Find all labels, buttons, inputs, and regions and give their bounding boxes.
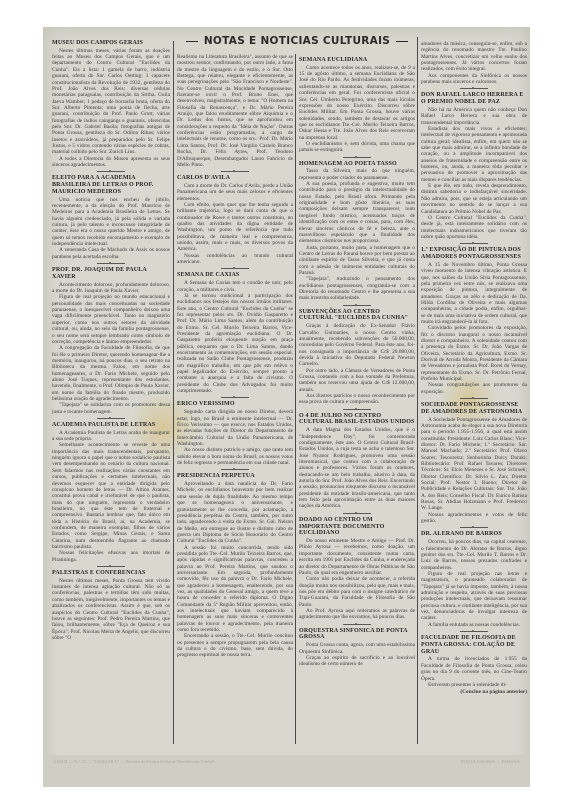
article-separator xyxy=(221,397,249,398)
article-paragraph: Semelhante acontecimento se reveste de u… xyxy=(52,442,170,550)
article-paragraph: Nossas condolências ao mundo cultural am… xyxy=(177,253,293,266)
article-separator xyxy=(343,513,371,514)
article-paragraph: Com efeito, quem quer que lhe tenha segu… xyxy=(177,202,293,253)
article: PALESTRAS E CONFERENCIASNestes últimos m… xyxy=(52,566,170,641)
article-paragraph: Aproveitando a data natalícia do Dr. Far… xyxy=(177,481,293,544)
column-4: amadores da música, conseguiu-se, enfim,… xyxy=(421,41,527,742)
article-headline: 1.ª EXPOSIÇÃO DE PINTURA DOS AMADORES PO… xyxy=(421,247,527,261)
article-separator xyxy=(460,527,488,528)
article: O 4 DE JULHO NO CENTRO CULTURAL BRASIL-E… xyxy=(299,409,415,510)
article-headline: ACADEMIA PAULISTA DE LETRAS xyxy=(52,422,170,429)
article: MUSEU DOS CAMPOS GERAISNestes últimos me… xyxy=(52,40,170,168)
article-paragraph: A veneranda Casa de Machado de Assis os … xyxy=(52,247,170,260)
article-headline: SEMANA EUCLIDIANA xyxy=(299,57,415,64)
article-paragraph: Ao nosso distinto patrício e amigo, que … xyxy=(177,447,293,466)
article-separator xyxy=(460,88,488,89)
article-paragraph: Como acontece todos os anos, realizou-se… xyxy=(299,65,415,141)
article-paragraph: E que êle, em tudo, revela desprendiment… xyxy=(421,183,527,215)
article-paragraph: Uma notícia que nos encheu de júbilo, re… xyxy=(52,197,170,248)
article-paragraph: A 15 de Novembro último, Ponta Grossa vi… xyxy=(421,262,527,325)
article-paragraph: A Sociedade Pontagrossense de Amadores d… xyxy=(421,417,527,512)
article: DR. ALERANO DE BARROSOcorreu, há poucos … xyxy=(421,527,527,628)
article: ERICO VERISSIMOSegundo carta dirigida ao… xyxy=(177,397,293,466)
article-paragraph: Graças à dedicação do Ex-Senador Flávio … xyxy=(299,323,415,367)
footer-right-text: PONTA GROSSA — PARANÁ xyxy=(461,759,520,764)
footer-left-text: ANO II — N.º 12 — "TAPEJARA" — Revista d… xyxy=(53,759,215,764)
article: SOCIEDADE PONTAGROSSENSE DE AMADORES DE … xyxy=(421,398,527,524)
article-separator xyxy=(343,157,371,158)
article-paragraph: Nossas felicitações efusivas aos imortai… xyxy=(52,550,170,563)
article-headline: SOCIEDADE PONTAGROSSENSE DE AMADORES DE … xyxy=(421,402,527,416)
article-headline: CARLOS D'AVILA xyxy=(177,175,293,182)
article-headline: SEMANA DE CAXIAS xyxy=(177,272,293,279)
article-separator xyxy=(343,624,371,625)
continuation-note: (Conclue na página anterior) xyxy=(421,689,527,695)
article-paragraph: Não há na América quem não conheça Don R… xyxy=(421,107,527,126)
article-paragraph: Realismo na Literatura Brasileira", assu… xyxy=(177,54,293,168)
article-paragraph: amadores da música, conseguiu-se, enfim,… xyxy=(421,41,527,73)
article: SUBVENÇÕES AO CENTRO CULTURAL "EUCLIDES … xyxy=(299,305,415,406)
article-paragraph: Nossos agradecimentos e votos de feliz g… xyxy=(421,512,527,525)
column-rule xyxy=(417,37,418,744)
article: amadores da música, conseguiu-se, enfim,… xyxy=(421,41,527,85)
article-paragraph: Aos ilustres patrícios o nosso reconheci… xyxy=(299,393,415,406)
article-paragraph: "Tapejara" se solidariza com os promotor… xyxy=(52,402,170,415)
article-headline: PROF. DR. JOAQUIM DE PAULA XAVIER xyxy=(52,267,170,281)
article-paragraph: Ao Prof. Ayrosa aqui reiteramos as palav… xyxy=(299,608,415,621)
article: CARLOS D'AVILACom a morte do Dr. Carlos … xyxy=(177,171,293,265)
article-paragraph: Acontecimento doloroso, profundamente do… xyxy=(52,282,170,295)
article-separator xyxy=(343,409,371,410)
article: DOADO AO CENTRO UM IMPORTANTE DOCUMENTO … xyxy=(299,513,415,621)
article-separator xyxy=(97,171,125,172)
article-headline: O 4 DE JULHO NO CENTRO CULTURAL BRASIL-E… xyxy=(299,413,415,427)
article: DON RAFAEL LARCO HERRERA E O PREMIO NOBE… xyxy=(421,88,527,240)
article-headline: DON RAFAEL LARCO HERRERA E O PREMIO NOBE… xyxy=(421,92,527,106)
column-1: MUSEU DOS CAMPOS GERAISNestes últimos me… xyxy=(52,37,170,742)
masthead-dash-right xyxy=(396,41,408,42)
article-paragraph: Aos componentes da Sinfônica os nossos p… xyxy=(421,73,527,86)
article-paragraph: Nestes últimos meses, várias foram as do… xyxy=(52,48,170,156)
article: Realismo na Literatura Brasileira", assu… xyxy=(177,54,293,168)
article-paragraph: A sua poesia, profunda e sugestiva, muit… xyxy=(299,181,415,244)
newspaper-page: NOTAS E NOTICIAS CULTURAIS MUSEU DOS CAM… xyxy=(43,27,530,787)
article-headline: PALESTRAS E CONFERENCIAS xyxy=(52,570,170,577)
masthead-dash-left xyxy=(186,41,198,42)
article-separator xyxy=(97,263,125,264)
article-separator xyxy=(97,566,125,567)
article-paragraph: Nestes últimos meses, Ponta Grossa tem v… xyxy=(52,578,170,641)
article-headline: FACULDADE DE FILOSOFIA DE PONTA GROSSA: … xyxy=(421,635,527,655)
article-paragraph: Por outro lado, a Câmara de Vereadores d… xyxy=(299,368,415,393)
article-paragraph: Do nosso eminente Mestre e Amigo — Prof.… xyxy=(299,538,415,576)
article-paragraph: "Tapejara", traduzindo o pensamento dos … xyxy=(299,276,415,301)
article-headline: DR. ALERANO DE BARROS xyxy=(421,531,527,538)
article-paragraph: A Semana de Caxias tem o condão de unir,… xyxy=(177,280,293,293)
article-paragraph: A turma de licenciados de 1.955 da Facul… xyxy=(421,656,527,681)
article-paragraph: Ocorreu, há poucos dias, na capital cear… xyxy=(421,539,527,571)
article-paragraph: A congregação da Faculdade de Filosofia,… xyxy=(52,345,170,402)
article-paragraph: Encerrando a sessão, o Tte.-Cel. Murilo … xyxy=(177,633,293,658)
article-paragraph: Figura de real projeção no mundo educaci… xyxy=(52,294,170,345)
article-separator xyxy=(460,243,488,244)
article: SEMANA DE CAXIASA Semana de Caxias tem o… xyxy=(177,268,293,394)
article-paragraph: Tasso da Silveira, mais do que ninguém, … xyxy=(299,168,415,181)
article-paragraph: A Academia Paulista de Letras acaba de i… xyxy=(52,430,170,443)
article-paragraph: A sessão foi muito concorrida, tendo sid… xyxy=(177,545,293,634)
article-headline: ELEITO PARA A ACADEMIA BRASILEIRA DE LET… xyxy=(52,175,170,195)
article-paragraph: O Centro Cultural "Euclides da Cunha", d… xyxy=(421,215,527,240)
article-headline: ERICO VERISSIMO xyxy=(177,401,293,408)
article-paragraph: A todos a Diretoria do Museu apresenta o… xyxy=(52,156,170,169)
article-paragraph: Nossas congratulações aos promotores da … xyxy=(421,382,527,395)
article-headline: SUBVENÇÕES AO CENTRO CULTURAL "EUCLIDES … xyxy=(299,309,415,323)
column-rule xyxy=(295,54,296,744)
article: ELEITO PARA A ACADEMIA BRASILEIRA DE LET… xyxy=(52,171,170,260)
column-rule xyxy=(173,41,174,744)
article: 1.ª EXPOSIÇÃO DE PINTURA DOS AMADORES PO… xyxy=(421,243,527,395)
article-paragraph: Com a morte do Dr. Carlos d'Avila, perde… xyxy=(177,183,293,202)
article-paragraph: Graças ao espírito de sacrifício e ao lo… xyxy=(299,655,415,668)
column-2: Realismo na Literatura Brasileira", assu… xyxy=(177,54,293,742)
article-separator xyxy=(460,398,488,399)
article-headline: HOMENAGEM AO POETA TASSO xyxy=(299,161,415,168)
article-paragraph: Estadista dos mais vivos e eficientes; i… xyxy=(421,126,527,183)
article-headline: DOADO AO CENTRO UM IMPORTANTE DOCUMENTO … xyxy=(299,517,415,537)
article-paragraph: Já se tornou tradicional a participação … xyxy=(177,293,293,395)
article-separator xyxy=(343,305,371,306)
article-separator xyxy=(221,469,249,470)
article-paragraph: Segundo carta dirigida ao nosso Diretor,… xyxy=(177,409,293,447)
column-3: SEMANA EUCLIDIANAComo acontece todos os … xyxy=(299,54,415,742)
article-paragraph: Figura de real projeção nas letras e mag… xyxy=(421,571,527,622)
article: PRESIDENCIA PERPETUAAproveitando a data … xyxy=(177,469,293,658)
article-separator xyxy=(221,268,249,269)
article-paragraph: Justa, portanto, muito justa, a homenage… xyxy=(299,245,415,277)
article-headline: PRESIDENCIA PERPETUA xyxy=(177,473,293,480)
page-footer: ANO II — N.º 12 — "TAPEJARA" — Revista d… xyxy=(53,759,520,764)
article-paragraph: A data Magna dos Estados Unidos, que é o… xyxy=(299,427,415,509)
article-paragraph: O euclidianismo é, sem dúvida, uma chama… xyxy=(299,141,415,154)
masthead-title: NOTAS E NOTICIAS CULTURAIS xyxy=(204,35,390,47)
article-paragraph: Ponta Grossa conta, agora, com uma estab… xyxy=(299,642,415,655)
article-separator xyxy=(460,631,488,632)
article: ORQUESTRA SINFONICA DE PONTA GROSSAPonta… xyxy=(299,624,415,668)
article-paragraph: Estiveram presentes à solenidade di- xyxy=(421,682,527,688)
article: SEMANA EUCLIDIANAComo acontece todos os … xyxy=(299,57,415,154)
article-headline: MUSEU DOS CAMPOS GERAIS xyxy=(52,40,170,47)
article: ACADEMIA PAULISTA DE LETRASA Academia Pa… xyxy=(52,418,170,563)
article: PROF. DR. JOAQUIM DE PAULA XAVIERAcontec… xyxy=(52,263,170,415)
article-separator xyxy=(221,171,249,172)
article-separator xyxy=(97,418,125,419)
article-headline: ORQUESTRA SINFONICA DE PONTA GROSSA xyxy=(299,628,415,642)
article: HOMENAGEM AO POETA TASSOTasso da Silveir… xyxy=(299,157,415,302)
article: FACULDADE DE FILOSOFIA DE PONTA GROSSA: … xyxy=(421,631,527,695)
article-paragraph: Como não podia deixar de acontecer, a re… xyxy=(299,576,415,608)
article-paragraph: A família enlutada as nossas condolência… xyxy=(421,622,527,628)
article-paragraph: Convidado pelos promotores da exposição,… xyxy=(421,325,527,382)
section-masthead: NOTAS E NOTICIAS CULTURAIS xyxy=(177,35,417,51)
